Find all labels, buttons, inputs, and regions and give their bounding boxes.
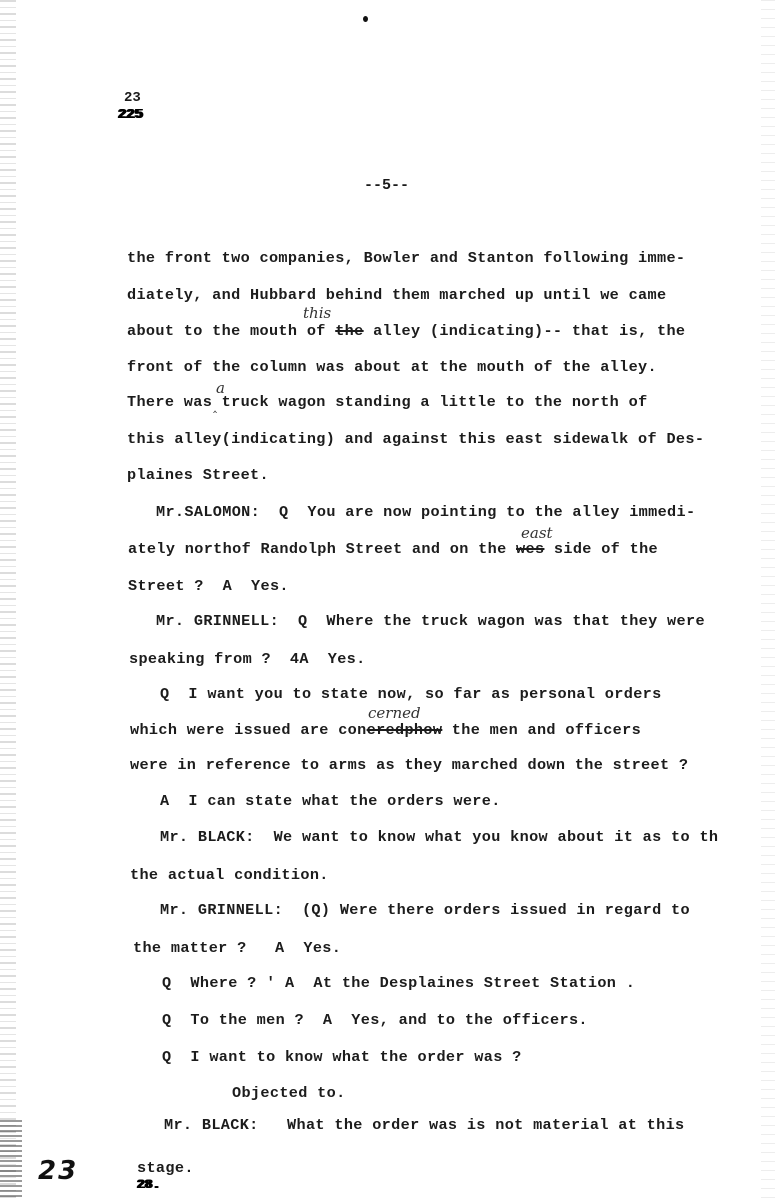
text-line: Q I want to know what the order was ? xyxy=(162,1048,522,1066)
text-segment: which were issued are con xyxy=(130,721,367,739)
handwritten-insertion: this xyxy=(303,306,331,320)
text-line-with-correction: ately northof Randolph Street and on the… xyxy=(128,540,658,558)
text-line: diately, and Hubbard behind them marched… xyxy=(127,286,666,304)
text-segment: truck wagon standing a little to the nor… xyxy=(212,393,647,411)
text-line: speaking from ? 4A Yes. xyxy=(129,650,366,668)
text-line: this alley(indicating) and against this … xyxy=(127,430,704,448)
text-segment: ately northof Randolph Street and on the xyxy=(128,540,516,558)
document-page: 23 225 --5-- the front two companies, Bo… xyxy=(0,0,775,1200)
text-line-with-correction: about to the mouth of the alley (indicat… xyxy=(127,322,685,340)
text-line: Mr. BLACK: We want to know what you know… xyxy=(160,828,718,846)
scan-edge-right xyxy=(761,0,775,1200)
text-line: A I can state what the orders were. xyxy=(160,792,501,810)
typed-folio-struck: 28. xyxy=(137,1177,160,1193)
scan-speck xyxy=(363,16,368,22)
handwritten-insertion: a xyxy=(216,381,225,395)
text-line: stage. xyxy=(137,1159,194,1177)
text-line: plaines Street. xyxy=(127,466,269,484)
text-line-with-correction: There was truck wagon standing a little … xyxy=(127,393,648,411)
text-line: front of the column was about at the mou… xyxy=(127,358,657,376)
insertion-caret-icon: ‸ xyxy=(213,399,217,413)
text-line: Mr. GRINNELL: Q Where the truck wagon wa… xyxy=(156,612,705,630)
text-line: were in reference to arms as they marche… xyxy=(130,756,688,774)
text-line: Mr.SALOMON: Q You are now pointing to th… xyxy=(156,503,695,521)
text-line: Objected to. xyxy=(232,1084,346,1102)
handwritten-folio: 23 xyxy=(38,1156,78,1186)
text-segment: There was xyxy=(127,393,212,411)
text-line-with-correction: which were issued are coneredphow the me… xyxy=(130,721,641,739)
text-segment: side of the xyxy=(544,540,658,558)
page-number: --5-- xyxy=(364,177,409,194)
scan-edge-left xyxy=(0,0,16,1200)
text-line: Mr. BLACK: What the order was is not mat… xyxy=(164,1116,685,1134)
text-line: Q To the men ? A Yes, and to the officer… xyxy=(162,1011,588,1029)
text-segment: about to the mouth of xyxy=(127,322,335,340)
text-line: the front two companies, Bowler and Stan… xyxy=(127,249,685,267)
text-line: Q Where ? ' A At the Desplaines Street S… xyxy=(162,974,635,992)
scan-edge-left-shadow xyxy=(0,1120,22,1200)
text-segment: alley (indicating)-- that is, the xyxy=(364,322,686,340)
struck-word: wes xyxy=(516,540,544,558)
text-segment: the men and officers xyxy=(442,721,641,739)
handwritten-insertion: cerned xyxy=(368,706,421,720)
text-line: Street ? A Yes. xyxy=(128,577,289,595)
folio-number: 23 xyxy=(124,90,141,106)
struck-word: eredphow xyxy=(367,721,443,739)
text-line: Q I want you to state now, so far as per… xyxy=(160,685,662,703)
text-line: Mr. GRINNELL: (Q) Were there orders issu… xyxy=(160,901,690,919)
text-line: the actual condition. xyxy=(130,866,329,884)
folio-number-struck: 225 xyxy=(118,107,143,123)
struck-word: the xyxy=(335,322,363,340)
text-line: the matter ? A Yes. xyxy=(133,939,341,957)
handwritten-insertion: east xyxy=(521,526,553,540)
